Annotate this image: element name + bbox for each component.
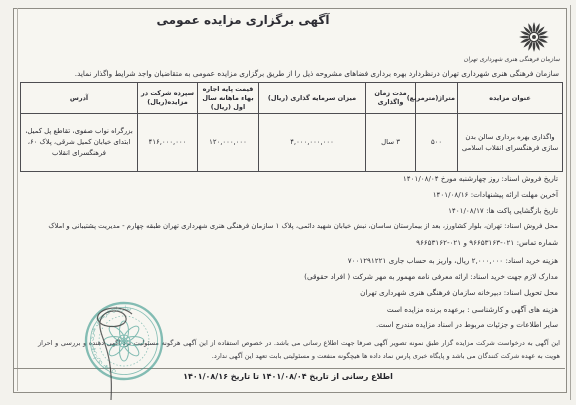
col-header-title: عنوان مزایده xyxy=(458,83,563,114)
cell-area: ۵۰۰ xyxy=(416,114,458,172)
table-row: واگذاری بهره برداری سالن بدن سازی فرهنگس… xyxy=(21,114,563,172)
cell-investment: ۴,۰۰۰,۰۰۰,۰۰۰ xyxy=(259,114,366,172)
table-header-row: عنوان مزایده متراژ(مترمربع) مدت زمان واگ… xyxy=(21,83,563,114)
col-header-base-rent: قیمت پایه اجاره بهاء ماهانه سال اول (ریا… xyxy=(198,83,259,114)
envelope-opening-date-line: تاریخ بازگشایی پاکت ها: ۱۴۰۱/۰۸/۱۷ xyxy=(448,206,558,215)
cell-deposit: ۴۱۶,۰۰۰,۰۰۰ xyxy=(138,114,198,172)
other-info-line: سایر اطلاعات و جزئیات مربوط در اسناد مزا… xyxy=(376,320,558,329)
col-header-investment: میزان سرمایه گذاری (ریال) xyxy=(259,83,366,114)
cell-duration: ۳ سال xyxy=(366,114,416,172)
auction-table: عنوان مزایده متراژ(مترمربع) مدت زمان واگ… xyxy=(20,82,563,172)
intro-sentence: سازمان فرهنگی هنری شهرداری تهران درنظردا… xyxy=(75,69,559,78)
document-title: آگهی برگزاری مزایده عمومی xyxy=(40,13,446,27)
cell-base-rent: ۱۲۰,۰۰۰,۰۰۰ xyxy=(198,114,259,172)
sale-location-line: محل فروش اسناد: تهران، بلوار کشاورز، بعد… xyxy=(48,222,558,230)
col-header-deposit: سپرده شرکت در مزایده(ریال) xyxy=(138,83,198,114)
contact-phone-line: شماره تماس: ۰۲۱-۹۶۶۵۳۱۶۳ و ۰۲۱-۹۶۶۵۳۱۶۲ xyxy=(416,238,558,247)
sale-date-line: تاریخ فروش اسناد: روز چهارشنبه مورخ ۱۴۰۱… xyxy=(403,174,558,183)
proposal-deadline-line: آخرین مهلت ارائه پیشنهادات: ۱۴۰۱/۰۸/۱۶ xyxy=(433,190,558,199)
cell-address: بزرگراه نواب صفوی، تقاطع پل کمیل، ابتدای… xyxy=(21,114,138,172)
cell-auction-title: واگذاری بهره برداری سالن بدن سازی فرهنگس… xyxy=(458,114,563,172)
signature-mark xyxy=(84,292,148,404)
scanned-auction-document: 0101 1001 10 1 0 ParsNamadData مرکز اطلا… xyxy=(0,0,576,405)
document-cost-line: هزینه خرید اسناد: ۲,۰۰۰,۰۰۰ ریال، واریز … xyxy=(348,256,558,265)
page-edge-line xyxy=(570,5,573,400)
col-header-area: متراژ(مترمربع) xyxy=(416,83,458,114)
organization-emblem-icon xyxy=(517,20,551,54)
col-header-address: آدرس xyxy=(21,83,138,114)
organization-name-calligraphy: سازمان فرهنگی هنری شهرداری تهران xyxy=(463,56,560,63)
delivery-location-line: محل تحویل اسناد: دبیرخانه سازمان فرهنگی … xyxy=(360,288,558,297)
page-border-inner-line xyxy=(17,8,18,391)
ad-costs-line: هزینه های آگهی و کارشناسی : برعهده برنده… xyxy=(387,305,558,314)
required-documents-line: مدارک لازم جهت خرید اسناد: ارائه معرفی ن… xyxy=(304,272,558,281)
